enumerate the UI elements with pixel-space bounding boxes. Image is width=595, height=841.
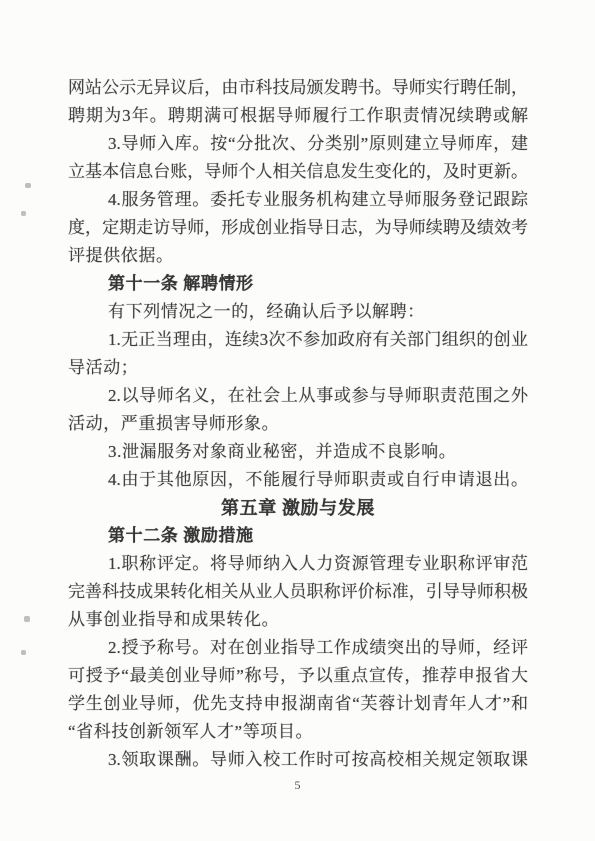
text-line: 完善科技成果转化相关从业人员职称评价标准，引导导师积极 (68, 578, 528, 606)
text-line: 3.泄漏服务对象商业秘密，并造成不良影响。 (68, 438, 528, 466)
text-line: 4.由于其他原因，不能履行导师职责或自行申请退出。 (68, 466, 528, 494)
text-line: 可授予“最美创业导师”称号，予以重点宣传，推荐申报省大 (68, 662, 528, 690)
section-heading: 第十二条 激励措施 (68, 522, 528, 550)
scan-artifact (25, 183, 31, 188)
section-heading: 第十一条 解聘情形 (68, 270, 528, 298)
text-line: 导活动； (68, 354, 528, 382)
text-line: 2.授予称号。对在创业指导工作成绩突出的导师，经评选 (68, 634, 528, 662)
document-body: 网站公示无异议后，由市科技局颁发聘书。导师实行聘任制， 聘期为3年。聘期满可根据… (68, 74, 528, 774)
text-line: 聘期为3年。聘期满可根据导师履行工作职责情况续聘或解聘。 (68, 102, 528, 130)
text-line: 3.导师入库。按“分批次、分类别”原则建立导师库，建 (68, 130, 528, 158)
text-line: 4.服务管理。委托专业服务机构建立导师服务登记跟踪制 (68, 186, 528, 214)
text-line: 有下列情况之一的，经确认后予以解聘： (68, 298, 528, 326)
text-line: 评提供依据。 (68, 242, 528, 270)
text-line: 网站公示无异议后，由市科技局颁发聘书。导师实行聘任制， (68, 74, 528, 102)
scan-artifact (21, 650, 26, 655)
scan-artifact (24, 616, 30, 622)
text-line: “省科技创新领军人才”等项目。 (68, 718, 528, 746)
scanned-document-page: 网站公示无异议后，由市科技局颁发聘书。导师实行聘任制， 聘期为3年。聘期满可根据… (0, 0, 595, 841)
page-number: 5 (0, 778, 595, 793)
text-line: 立基本信息台账，导师个人相关信息发生变化的，及时更新。 (68, 158, 528, 186)
chapter-heading: 第五章 激励与发展 (68, 494, 528, 522)
text-line: 学生创业导师，优先支持申报湖南省“芙蓉计划青年人才”和 (68, 690, 528, 718)
scan-artifact (21, 211, 26, 216)
text-line: 2.以导师名义，在社会上从事或参与导师职责范围之外的 (68, 382, 528, 410)
text-line: 1.职称评定。将导师纳入人力资源管理专业职称评审范畴， (68, 550, 528, 578)
text-line: 活动，严重损害导师形象。 (68, 410, 528, 438)
text-line: 度，定期走访导师，形成创业指导日志，为导师续聘及绩效考 (68, 214, 528, 242)
text-line: 从事创业指导和成果转化。 (68, 606, 528, 634)
text-line: 1.无正当理由，连续3次不参加政府有关部门组织的创业指 (68, 326, 528, 354)
text-line: 3.领取课酬。导师入校工作时可按高校相关规定领取课酬 (68, 746, 528, 774)
